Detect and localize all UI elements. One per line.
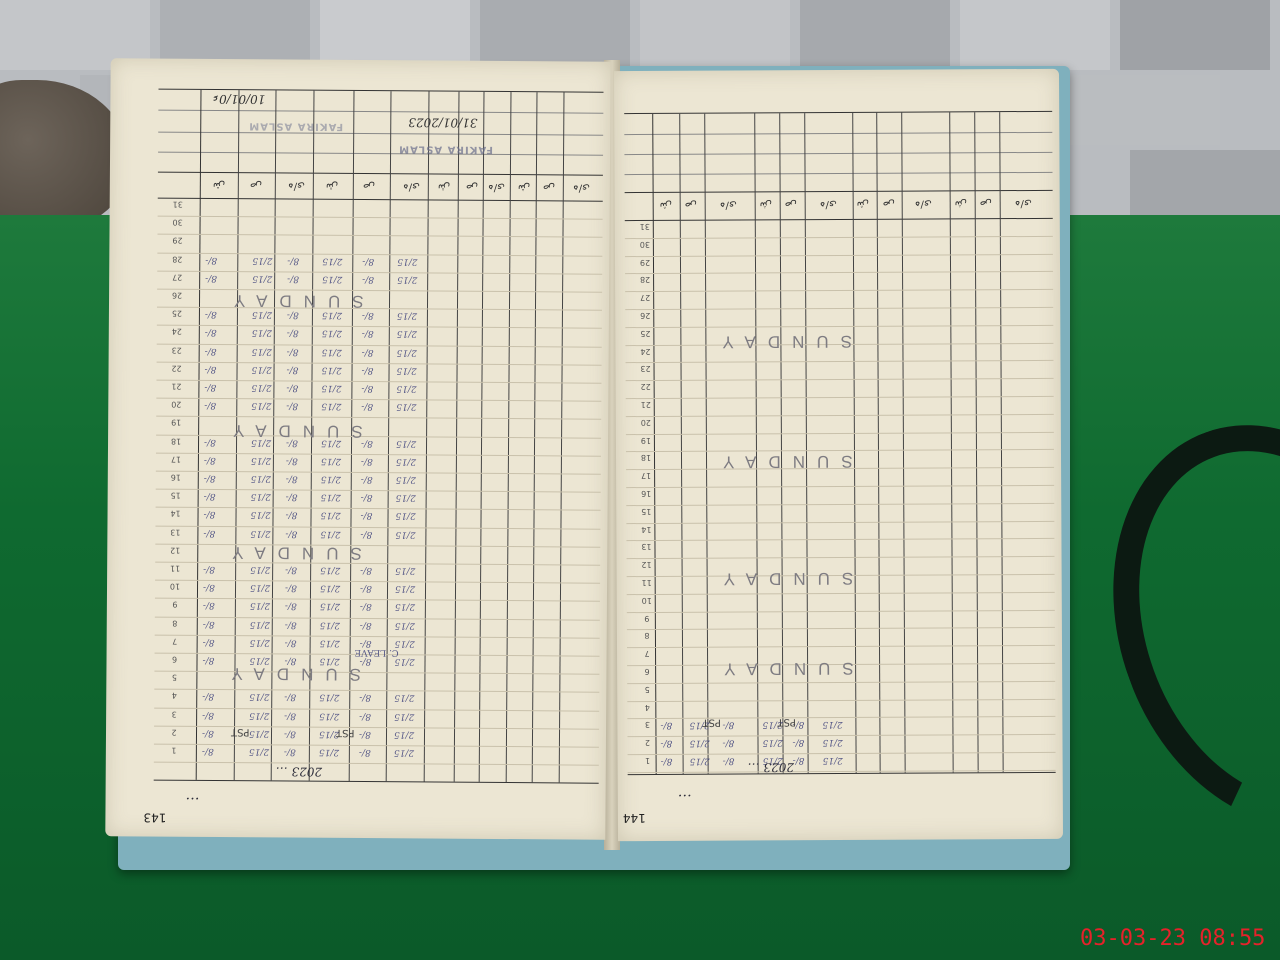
attendance-entry: 2/15 bbox=[397, 365, 417, 375]
day-number: 11 bbox=[157, 564, 193, 573]
day-number: 16 bbox=[158, 473, 194, 482]
row-line bbox=[626, 503, 1054, 506]
attendance-entry: 2/15 bbox=[321, 492, 341, 502]
attendance-entry: 8/- bbox=[203, 637, 215, 647]
attendance-entry: 2/15 bbox=[249, 710, 269, 720]
attendance-entry: 8/- bbox=[203, 582, 215, 592]
attendance-entry: 2/15 bbox=[322, 310, 342, 320]
day-number: 21 bbox=[628, 400, 664, 409]
attendance-entry: 8/- bbox=[204, 455, 216, 465]
attendance-entry: 2/15 bbox=[395, 565, 415, 575]
attendance-entry: 8/- bbox=[286, 382, 298, 392]
row-line bbox=[625, 325, 1053, 328]
attendance-entry: 2/15 bbox=[396, 401, 416, 411]
sunday-mark-12: SUNDAY bbox=[220, 542, 362, 563]
day-number: 13 bbox=[157, 527, 193, 536]
day-number: 20 bbox=[158, 400, 194, 409]
day-number: 11 bbox=[629, 578, 665, 587]
day-number: 31 bbox=[160, 200, 196, 209]
attendance-entry: 8/- bbox=[286, 473, 298, 483]
attendance-entry: 8/- bbox=[285, 583, 297, 593]
attendance-entry: 8/- bbox=[360, 565, 372, 575]
column-header: ص bbox=[466, 182, 478, 193]
row-line bbox=[627, 698, 1055, 701]
sunday-mark-19: SUNDAY bbox=[711, 451, 853, 472]
attendance-entry: 8/- bbox=[361, 456, 373, 466]
attendance-entry: 2/15 bbox=[822, 737, 842, 747]
attendance-entry: 8/- bbox=[286, 492, 298, 502]
attendance-entry: 2/15 bbox=[822, 719, 842, 729]
attendance-entry: 8/- bbox=[359, 692, 371, 702]
row-line bbox=[627, 556, 1055, 559]
attendance-entry: 2/15 bbox=[251, 510, 271, 520]
row-line bbox=[625, 236, 1053, 239]
wall-tile bbox=[1120, 0, 1270, 70]
attendance-entry: 2/15 bbox=[319, 710, 339, 720]
day-number: 8 bbox=[629, 631, 665, 640]
attendance-entry: 8/- bbox=[205, 309, 217, 319]
attendance-entry: 8/- bbox=[203, 564, 215, 574]
attendance-entry: 8/- bbox=[202, 655, 214, 665]
day-number: 22 bbox=[628, 382, 664, 391]
attendance-entry: 8/- bbox=[286, 510, 298, 520]
row-line bbox=[626, 378, 1054, 381]
attendance-entry: 2/15 bbox=[321, 510, 341, 520]
attendance-entry: 2/15 bbox=[395, 583, 415, 593]
day-number: 12 bbox=[629, 560, 665, 569]
attendance-grid-left: ش ص ہ/ی ش ص ہ/ی ش ص ہ/ی ش ص ہ/ی ء10/01/0… bbox=[154, 89, 604, 784]
day-number: 13 bbox=[628, 542, 664, 551]
attendance-entry: 8/- bbox=[203, 600, 215, 610]
attendance-entry: 8/- bbox=[359, 711, 371, 721]
column-header: ہ/ی bbox=[720, 200, 737, 211]
column-group-pst: PST bbox=[231, 726, 250, 737]
day-number: 27 bbox=[159, 272, 195, 281]
day-number: 25 bbox=[159, 309, 195, 318]
attendance-entry: 8/- bbox=[362, 274, 374, 284]
column-header: ش bbox=[518, 182, 530, 193]
attendance-entry: 2/15 bbox=[397, 347, 417, 357]
column-header: ہ/ی bbox=[573, 182, 590, 193]
day-number: 5 bbox=[156, 673, 192, 682]
attendance-entry: 8/- bbox=[204, 382, 216, 392]
attendance-entry: 2/15 bbox=[252, 255, 272, 265]
day-number: 19 bbox=[158, 418, 194, 427]
attendance-entry: 8/- bbox=[660, 738, 672, 748]
attendance-entry: 8/- bbox=[286, 401, 298, 411]
attendance-entry: 8/- bbox=[285, 564, 297, 574]
day-number: 22 bbox=[159, 363, 195, 372]
row-line bbox=[626, 485, 1054, 488]
day-number: 31 bbox=[627, 222, 663, 231]
column-group-pst: PST bbox=[702, 717, 721, 728]
attendance-entry: 2/15 bbox=[394, 747, 414, 757]
attendance-entry: 8/- bbox=[204, 509, 216, 519]
attendance-entry: 2/15 bbox=[321, 474, 341, 484]
attendance-entry: 2/15 bbox=[397, 329, 417, 339]
attendance-entry: 2/15 bbox=[252, 328, 272, 338]
attendance-entry: 8/- bbox=[287, 273, 299, 283]
day-number: 9 bbox=[157, 600, 193, 609]
wall-tile bbox=[640, 0, 790, 70]
attendance-entry: 2/15 bbox=[394, 729, 414, 739]
attendance-entry: 2/15 bbox=[396, 383, 416, 393]
attendance-entry: 8/- bbox=[361, 383, 373, 393]
attendance-entry: 2/15 bbox=[397, 274, 417, 284]
row-line bbox=[626, 360, 1054, 363]
attendance-entry: 8/- bbox=[287, 346, 299, 356]
column-header: ہ/ی bbox=[488, 182, 505, 193]
day-number: 30 bbox=[627, 240, 663, 249]
attendance-entry: 2/15 bbox=[320, 583, 340, 593]
page-number: 144 bbox=[623, 811, 646, 825]
attendance-entry: 8/- bbox=[204, 400, 216, 410]
attendance-entry: 8/- bbox=[360, 583, 372, 593]
attendance-entry: 2/15 bbox=[394, 693, 414, 703]
attendance-entry: 8/- bbox=[205, 346, 217, 356]
day-number: 24 bbox=[627, 347, 663, 356]
sunday-mark-26: SUNDAY bbox=[710, 331, 852, 352]
attendance-entry: 2/15 bbox=[320, 601, 340, 611]
attendance-entry: 2/15 bbox=[395, 529, 415, 539]
attendance-entry: 2/15 bbox=[397, 310, 417, 320]
day-number: 12 bbox=[157, 545, 193, 554]
attendance-entry: 2/15 bbox=[322, 255, 342, 265]
day-number: 23 bbox=[159, 345, 195, 354]
day-number: 29 bbox=[627, 258, 663, 267]
day-number: 9 bbox=[629, 614, 665, 623]
attendance-entry: 2/15 bbox=[249, 728, 269, 738]
attendance-entry: 8/- bbox=[362, 328, 374, 338]
attendance-entry: 2/15 bbox=[319, 692, 339, 702]
leave-mark-6: C. LEAVE bbox=[355, 647, 399, 657]
day-number: 28 bbox=[627, 275, 663, 284]
attendance-entry: 8/- bbox=[202, 710, 214, 720]
row-line bbox=[625, 271, 1053, 274]
attendance-entry: 8/- bbox=[360, 620, 372, 630]
row-line bbox=[625, 253, 1053, 256]
attendance-entry: 2/15 bbox=[252, 364, 272, 374]
column-header: ص bbox=[685, 200, 697, 211]
sunday-mark-5: SUNDAY bbox=[219, 663, 361, 684]
day-number: 6 bbox=[156, 655, 192, 664]
column-header: ص bbox=[363, 181, 375, 192]
row-line bbox=[626, 396, 1054, 399]
day-number: 23 bbox=[628, 364, 664, 373]
row-line bbox=[625, 289, 1053, 292]
column-header: ہ/ی bbox=[403, 181, 420, 192]
attendance-entry: 8/- bbox=[362, 365, 374, 375]
attendance-entry: 2/15 bbox=[251, 491, 271, 501]
attendance-entry: 8/- bbox=[204, 437, 216, 447]
attendance-entry: 2/15 bbox=[762, 737, 782, 747]
day-number: 21 bbox=[158, 382, 194, 391]
attendance-entry: 8/- bbox=[202, 691, 214, 701]
day-number: 20 bbox=[628, 418, 664, 427]
month-title: 2023 … bbox=[748, 760, 794, 774]
attendance-entry: 2/15 bbox=[251, 382, 271, 392]
row-line bbox=[626, 520, 1054, 523]
attendance-entry: 2/15 bbox=[252, 273, 272, 283]
row-line bbox=[627, 681, 1055, 684]
sunday-mark-5: SUNDAY bbox=[712, 658, 854, 679]
column-header: ش bbox=[660, 200, 672, 211]
day-number: 25 bbox=[627, 329, 663, 338]
attendance-entry: 2/15 bbox=[252, 309, 272, 319]
attendance-entry: 8/- bbox=[723, 756, 735, 766]
wall-tile bbox=[960, 0, 1110, 70]
day-number: 8 bbox=[157, 618, 193, 627]
attendance-entry: 8/- bbox=[204, 491, 216, 501]
day-number: 4 bbox=[156, 691, 192, 700]
attendance-entry: 2/15 bbox=[251, 473, 271, 483]
attendance-entry: 2/15 bbox=[396, 438, 416, 448]
attendance-entry: 2/15 bbox=[396, 456, 416, 466]
day-number: 26 bbox=[627, 311, 663, 320]
month-title: 2023 … bbox=[276, 764, 322, 778]
day-number: 5 bbox=[629, 685, 665, 694]
header-date-left: ء10/01/0 bbox=[213, 92, 265, 106]
row-line bbox=[626, 414, 1054, 417]
column-header: ص bbox=[543, 182, 555, 193]
column-group-pst: PST bbox=[777, 716, 796, 727]
attendance-entry: 2/15 bbox=[322, 346, 342, 356]
attendance-entry: 8/- bbox=[793, 755, 805, 765]
attendance-entry: 8/- bbox=[287, 328, 299, 338]
attendance-entry: 2/15 bbox=[394, 711, 414, 721]
attendance-entry: 8/- bbox=[362, 256, 374, 266]
day-number: 1 bbox=[156, 746, 192, 755]
attendance-entry: 8/- bbox=[792, 737, 804, 747]
sunday-mark-26: SUNDAY bbox=[222, 290, 364, 311]
attendance-entry: 8/- bbox=[361, 474, 373, 484]
page-heading: … bbox=[185, 794, 199, 810]
day-number: 30 bbox=[160, 218, 196, 227]
attendance-entry: 2/15 bbox=[394, 656, 414, 666]
column-header: ش bbox=[213, 180, 225, 191]
day-number: 3 bbox=[156, 709, 192, 718]
attendance-entry: 8/- bbox=[202, 746, 214, 756]
column-header: ش bbox=[438, 182, 450, 193]
attendance-entry: 2/15 bbox=[319, 747, 339, 757]
attendance-entry: 8/- bbox=[284, 710, 296, 720]
attendance-entry: 8/- bbox=[286, 455, 298, 465]
attendance-entry: 2/15 bbox=[251, 455, 271, 465]
column-header: ہ/ی bbox=[288, 181, 305, 192]
attendance-entry: 8/- bbox=[285, 637, 297, 647]
day-number: 14 bbox=[628, 525, 664, 534]
attendance-entry: 8/- bbox=[287, 364, 299, 374]
attendance-entry: 2/15 bbox=[320, 565, 340, 575]
day-number: 14 bbox=[158, 509, 194, 518]
attendance-entry: 2/15 bbox=[320, 619, 340, 629]
attendance-entry: 8/- bbox=[203, 528, 215, 538]
attendance-entry: 2/15 bbox=[321, 401, 341, 411]
attendance-entry: 2/15 bbox=[250, 582, 270, 592]
row-line bbox=[627, 592, 1055, 595]
page-number: 143 bbox=[143, 811, 166, 825]
day-number: 16 bbox=[628, 489, 664, 498]
attendance-entry: 2/15 bbox=[320, 528, 340, 538]
attendance-entry: 8/- bbox=[287, 255, 299, 265]
attendance-entry: 2/15 bbox=[252, 346, 272, 356]
day-number: 10 bbox=[157, 582, 193, 591]
attendance-entry: 2/15 bbox=[249, 746, 269, 756]
attendance-entry: 8/- bbox=[287, 310, 299, 320]
row-line bbox=[627, 627, 1055, 630]
attendance-entry: 8/- bbox=[284, 746, 296, 756]
day-number: 28 bbox=[159, 254, 195, 263]
column-header: ص bbox=[785, 199, 797, 210]
attendance-entry: 8/- bbox=[204, 473, 216, 483]
attendance-entry: 8/- bbox=[205, 364, 217, 374]
column-header: ص bbox=[883, 199, 895, 210]
day-number: 7 bbox=[629, 649, 665, 658]
attendance-entry: 8/- bbox=[722, 738, 734, 748]
column-header: ش bbox=[857, 199, 869, 210]
attendance-entry: 2/15 bbox=[320, 638, 340, 648]
attendance-entry: 8/- bbox=[361, 510, 373, 520]
attendance-entry: 2/15 bbox=[321, 456, 341, 466]
attendance-entry: 2/15 bbox=[322, 328, 342, 338]
attendance-entry: 8/- bbox=[285, 601, 297, 611]
attendance-entry: 8/- bbox=[359, 729, 371, 739]
day-number: 19 bbox=[628, 436, 664, 445]
attendance-entry: 2/15 bbox=[251, 400, 271, 410]
row-line bbox=[626, 431, 1054, 434]
attendance-entry: 8/- bbox=[660, 720, 672, 730]
attendance-entry: 8/- bbox=[205, 255, 217, 265]
attendance-entry: 2/15 bbox=[396, 474, 416, 484]
day-number: 6 bbox=[629, 667, 665, 676]
attendance-entry: 8/- bbox=[661, 756, 673, 766]
official-stamp: FAKIRA ASLAM bbox=[398, 143, 493, 155]
column-header: ص bbox=[250, 180, 262, 191]
column-header: ہ/ی bbox=[1015, 198, 1032, 209]
sunday-mark-19: SUNDAY bbox=[221, 420, 363, 441]
day-number: 15 bbox=[158, 491, 194, 500]
attendance-entry: 8/- bbox=[362, 310, 374, 320]
attendance-entry: 2/15 bbox=[396, 492, 416, 502]
attendance-entry: 8/- bbox=[361, 438, 373, 448]
row-line bbox=[627, 645, 1055, 648]
attendance-entry: 8/- bbox=[360, 529, 372, 539]
day-number: 18 bbox=[158, 436, 194, 445]
attendance-entry: 8/- bbox=[722, 720, 734, 730]
right-register-page: ش ص ہ/ی ش ص ہ/ی ش ص ہ/ی ش ص ہ/ی 31302928… bbox=[614, 69, 1063, 841]
day-number: 26 bbox=[159, 291, 195, 300]
day-number: 2 bbox=[156, 727, 192, 736]
attendance-entry: 2/15 bbox=[250, 564, 270, 574]
day-number: 17 bbox=[158, 454, 194, 463]
column-header: ہ/ی bbox=[820, 199, 837, 210]
attendance-entry: 8/- bbox=[362, 347, 374, 357]
day-number: 17 bbox=[628, 471, 664, 480]
day-number: 15 bbox=[628, 507, 664, 516]
attendance-entry: 2/15 bbox=[322, 274, 342, 284]
row-line bbox=[628, 770, 1056, 773]
attendance-entry: 8/- bbox=[284, 728, 296, 738]
sunday-mark-12: SUNDAY bbox=[712, 568, 854, 589]
row-line bbox=[625, 307, 1053, 310]
wall-tile bbox=[1070, 75, 1220, 145]
attendance-entry: 2/15 bbox=[689, 738, 709, 748]
day-number: 29 bbox=[159, 236, 195, 245]
attendance-entry: 2/15 bbox=[396, 511, 416, 521]
attendance-entry: 2/15 bbox=[823, 755, 843, 765]
attendance-entry: 2/15 bbox=[690, 756, 710, 766]
row-line bbox=[626, 538, 1054, 541]
wall-tile bbox=[1130, 150, 1280, 220]
attendance-entry: 2/15 bbox=[250, 637, 270, 647]
day-number: 24 bbox=[159, 327, 195, 336]
day-number: 27 bbox=[627, 293, 663, 302]
attendance-entry: 2/15 bbox=[397, 256, 417, 266]
attendance-entry: 8/- bbox=[360, 601, 372, 611]
attendance-entry: 8/- bbox=[205, 327, 217, 337]
attendance-entry: 8/- bbox=[205, 273, 217, 283]
attendance-entry: 2/15 bbox=[250, 619, 270, 629]
attendance-entry: 2/15 bbox=[250, 528, 270, 538]
camera-timestamp: 03-03-23 08:55 bbox=[1080, 926, 1265, 951]
attendance-entry: 2/15 bbox=[321, 383, 341, 393]
wall-tile bbox=[800, 0, 950, 70]
attendance-entry: 2/15 bbox=[395, 620, 415, 630]
column-header: ہ/ی bbox=[915, 199, 932, 210]
day-number: 4 bbox=[629, 703, 665, 712]
day-number: 18 bbox=[628, 453, 664, 462]
attendance-entry: 2/15 bbox=[322, 365, 342, 375]
attendance-entry: 8/- bbox=[285, 528, 297, 538]
attendance-entry: 8/- bbox=[359, 747, 371, 757]
attendance-entry: 2/15 bbox=[250, 601, 270, 611]
column-header: ش bbox=[326, 181, 338, 192]
attendance-grid-right: ش ص ہ/ی ش ص ہ/ی ش ص ہ/ی ش ص ہ/ی 31302928… bbox=[624, 111, 1055, 775]
column-header: ش bbox=[760, 199, 772, 210]
column-header: ش bbox=[955, 198, 967, 209]
attendance-entry: 8/- bbox=[203, 619, 215, 629]
day-number: 10 bbox=[629, 596, 665, 605]
attendance-entry: 8/- bbox=[285, 619, 297, 629]
official-stamp-faded: FAKIRA ASLAM bbox=[248, 120, 343, 132]
header-date-right: 31/01/2023 bbox=[408, 115, 477, 129]
attendance-entry: 8/- bbox=[361, 401, 373, 411]
day-number: 7 bbox=[157, 636, 193, 645]
left-register-page: ش ص ہ/ی ش ص ہ/ی ش ص ہ/ی ش ص ہ/ی ء10/01/0… bbox=[105, 58, 610, 839]
attendance-entry: 8/- bbox=[361, 492, 373, 502]
attendance-entry: 8/- bbox=[359, 656, 371, 666]
column-header: ص bbox=[980, 198, 992, 209]
column-group-pst: PST bbox=[336, 727, 355, 738]
attendance-entry: 8/- bbox=[284, 692, 296, 702]
attendance-entry: 2/15 bbox=[395, 602, 415, 612]
row-line bbox=[627, 609, 1055, 612]
page-heading: … bbox=[678, 791, 692, 807]
attendance-entry: 8/- bbox=[202, 728, 214, 738]
attendance-entry: 2/15 bbox=[249, 692, 269, 702]
